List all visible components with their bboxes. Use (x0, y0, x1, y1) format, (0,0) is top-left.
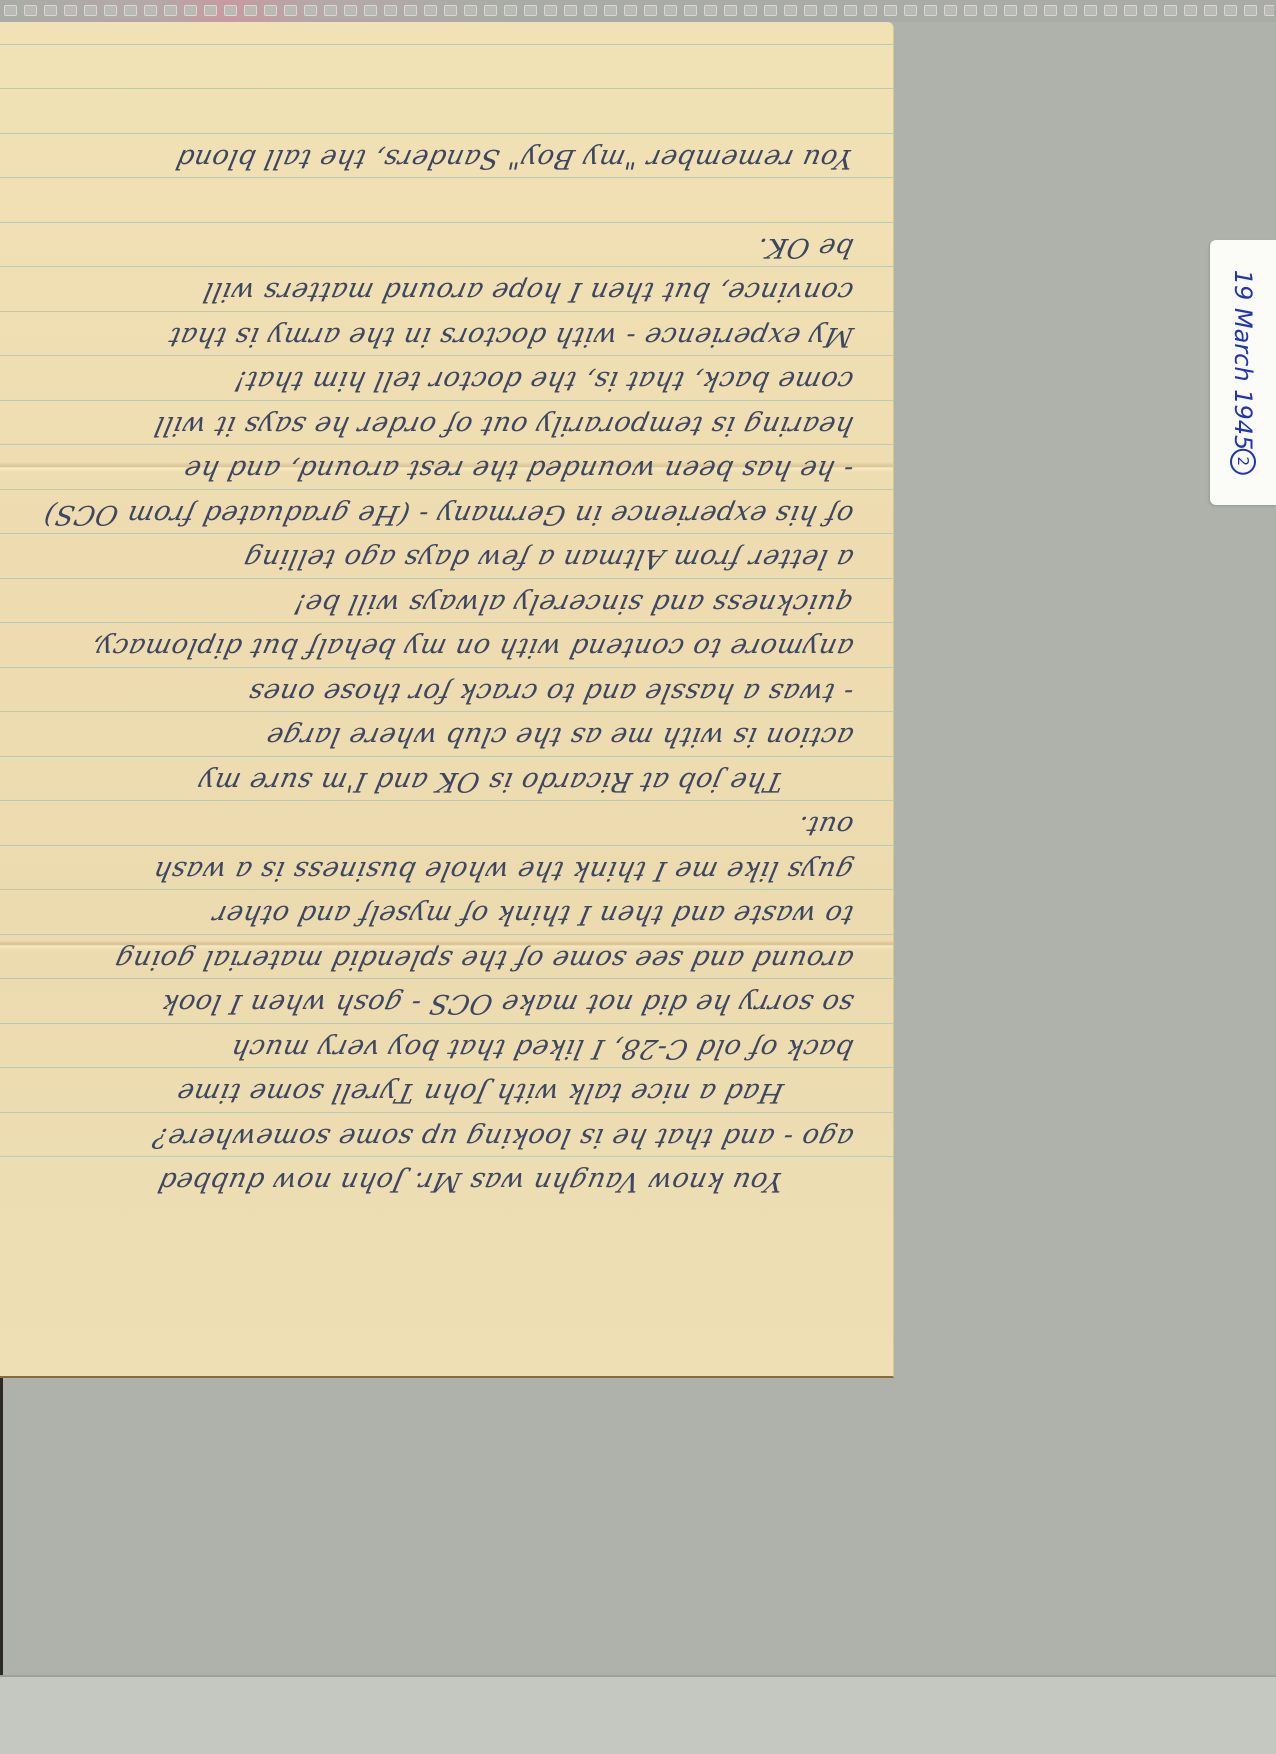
letter-line: quickness and sincerely always will be! (19, 583, 858, 623)
letter-line: You remember "my Boy" Sanders, the tall … (19, 138, 858, 178)
date-label-text: 19 March 1945 2 (1229, 270, 1257, 475)
letter-line: to waste and then I think of myself and … (19, 894, 858, 934)
handwritten-letter: You know Vaughn was Mr. John now dubbed … (0, 22, 893, 1376)
letter-line: The job at Ricardo is OK and I'm sure my (0, 761, 787, 801)
letter-line: You know Vaughn was Mr. John now dubbed (0, 1161, 787, 1201)
letter-line: out. (19, 805, 858, 845)
date-text: 19 March 1945 (1229, 270, 1257, 451)
letter-line: come back, that is, the doctor tell him … (19, 360, 858, 400)
letter-line: guys like me I think the whole business … (19, 850, 858, 890)
letter-line: - he has been wounded the rest around, a… (19, 449, 858, 489)
letter-line: action is with me as the club where larg… (19, 716, 858, 756)
letter-line: hearing is temporarily out of order he s… (19, 405, 858, 445)
letter-line: - twas a hassle and to crack for those o… (19, 672, 858, 712)
letter-line: around and see some of the splendid mate… (19, 939, 858, 979)
letter-page: You know Vaughn was Mr. John now dubbed … (0, 22, 894, 1378)
sleeve-lower-region (0, 1675, 1276, 1754)
letter-line: My experience - with doctors in the army… (19, 316, 858, 356)
letter-line: ago - and that he is looking up some som… (19, 1117, 858, 1157)
letter-line: Had a nice talk with John Tyrell some ti… (0, 1072, 787, 1112)
left-edge-shadow (0, 1378, 3, 1675)
letter-line: a letter from Altman a few days ago tell… (19, 538, 858, 578)
letter-line: be OK. (19, 227, 858, 267)
letter-line: anymore to contend with on my behalf but… (19, 627, 858, 667)
letter-line: back of old C-28, I liked that boy very … (19, 1028, 858, 1068)
archive-date-label: 19 March 1945 2 (1210, 240, 1276, 505)
sleeve-top-edge (0, 0, 1276, 22)
page-number-circle: 2 (1230, 448, 1256, 474)
letter-line: of his experience in Germany - (He gradu… (19, 494, 858, 534)
letter-line: convince, but then I hope around matters… (19, 271, 858, 311)
letter-line: so sorry he did not make OCS - gosh when… (19, 983, 858, 1023)
perforation-row (4, 5, 1274, 17)
